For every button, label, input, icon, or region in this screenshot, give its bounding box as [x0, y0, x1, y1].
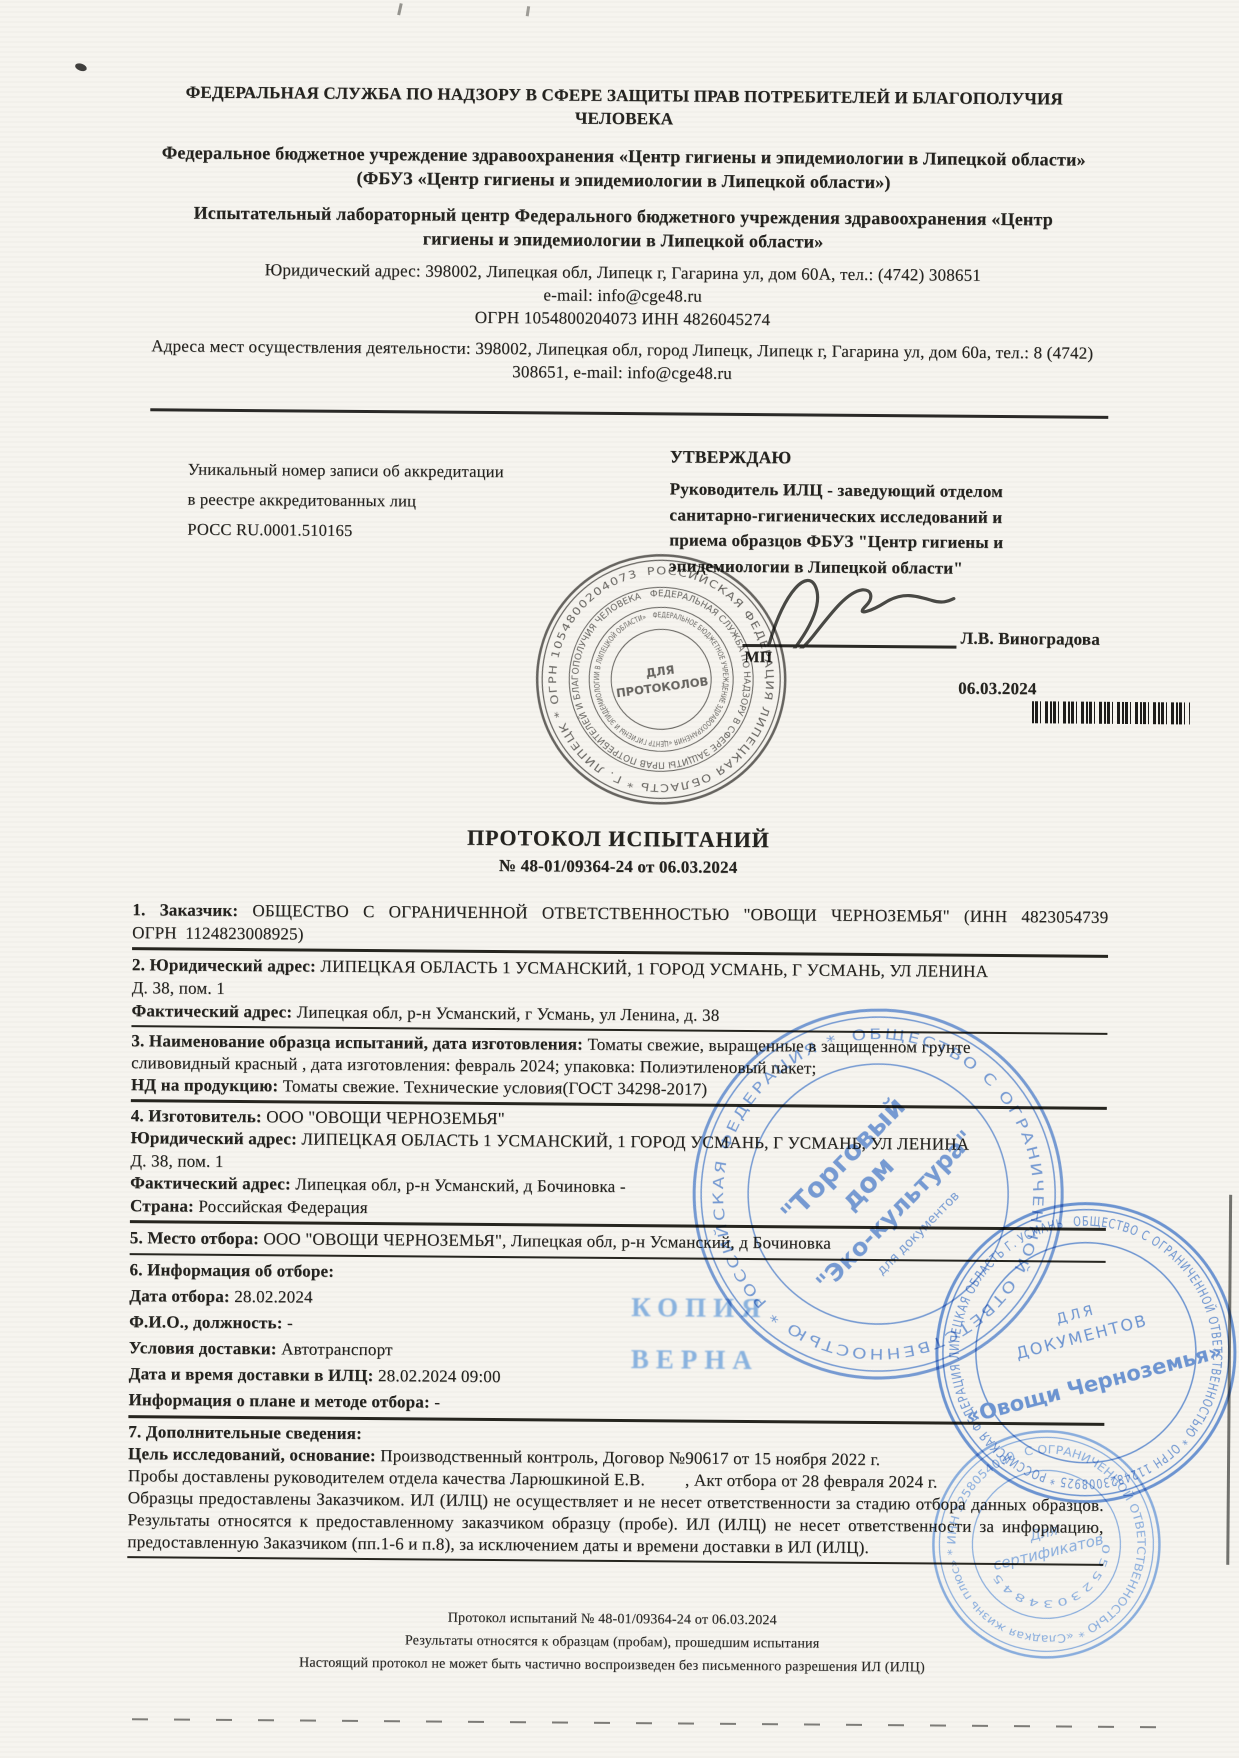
sample-name-line: 3. Наименование образца испытаний, дата … [131, 1030, 1107, 1082]
letterhead: ФЕДЕРАЛЬНАЯ СЛУЖБА ПО НАДЗОРУ В СФЕРЕ ЗА… [3, 79, 1239, 389]
manufacturer-legal-line: Юридический адрес: ЛИПЕЦКАЯ ОБЛАСТЬ 1 УС… [130, 1127, 1106, 1180]
delivery-datetime-value: 28.02.2024 09:00 [378, 1366, 501, 1386]
seal-outer-ring-text: РОССИЙСКАЯ ФЕДЕРАЦИЯ ЛИПЕЦКАЯ ОБЛАСТЬ * … [533, 551, 789, 807]
legal-address-label: 2. Юридический адрес: [132, 955, 316, 975]
scan-mark [397, 3, 403, 15]
scanned-document-page: ФЕДЕРАЛЬНАЯ СЛУЖБА ПО НАДЗОРУ В СФЕРЕ ЗА… [0, 0, 1239, 1758]
seal-inner-ring-text: ФЕДЕРАЛЬНОЕ БЮДЖЕТНОЕ УЧРЕЖДЕНИЕ ЗДРАВОО… [584, 602, 739, 757]
svg-text:ФЕДЕРАЛЬНАЯ СЛУЖБА ПО НАДЗОРУ: ФЕДЕРАЛЬНАЯ СЛУЖБА ПО НАДЗОРУ В СФЕРЕ ЗА… [560, 578, 762, 780]
customer-value: ОБЩЕСТВО С ОГРАНИЧЕННОЙ ОТВЕТСТВЕННОСТЬЮ… [132, 901, 1108, 943]
customer-label: 1. Заказчик: [132, 900, 238, 920]
accreditation-block: Уникальный номер записи об аккредитации … [187, 455, 538, 548]
protocol-title: ПРОТОКОЛ ИСПЫТАНИЙ [0, 821, 1238, 857]
testing-lab-name: Испытательный лабораторный центр Федерал… [173, 200, 1073, 255]
protocol-body: 1. Заказчик: ОБЩЕСТВО С ОГРАНИЧЕННОЙ ОТВ… [127, 898, 1108, 1569]
actual-address-label: Фактический адрес: [131, 1001, 292, 1021]
signature [755, 553, 961, 650]
nd-label: НД на продукцию: [131, 1075, 278, 1095]
goal-label: Цель исследований, основание: [128, 1444, 376, 1465]
federal-service-title: ФЕДЕРАЛЬНАЯ СЛУЖБА ПО НАДЗОРУ В СФЕРЕ ЗА… [154, 80, 1094, 133]
section-customer: 1. Заказчик: ОБЩЕСТВО С ОГРАНИЧЕННОЙ ОТВ… [132, 898, 1108, 952]
fio-label: Ф.И.О., должность: [129, 1312, 283, 1332]
section-sampling-info: 6. Информация об отборе: Дата отбора: 28… [128, 1258, 1105, 1420]
approval-title: УТВЕРЖДАЮ [670, 446, 1042, 470]
delivery-datetime-label: Дата и время доставки в ИЛЦ: [129, 1364, 374, 1385]
seal-center-line2: ПРОТОКОЛОВ [615, 674, 709, 700]
plan-value: - [434, 1393, 440, 1412]
copy-mark-line1: КОПИЯ [631, 1292, 768, 1323]
delivery-value: Автотранспорт [281, 1339, 393, 1359]
section-additional-info: 7. Дополнительные сведения: Цель исследо… [127, 1421, 1104, 1561]
sample-name-label: 3. Наименование образца испытаний, дата … [131, 1031, 583, 1054]
scan-mark [526, 6, 530, 16]
nd-value: Томаты свежие. Технические условия(ГОСТ … [283, 1076, 708, 1098]
sampling-date-value: 28.02.2024 [234, 1287, 313, 1307]
delivery-label: Условия доставки: [129, 1338, 277, 1358]
legal-address-line: 2. Юридический адрес: ЛИПЕЦКАЯ ОБЛАСТЬ 1… [132, 953, 1108, 1007]
manufacturer-value: ООО "ОВОЩИ ЧЕРНОЗЕМЬЯ" [266, 1107, 505, 1128]
section-sample: 3. Наименование образца испытаний, дата … [131, 1030, 1107, 1104]
actual-address-value: Липецкая обл, р-н Усманский, г Усмань, у… [297, 1002, 720, 1024]
approver-name: Л.В. Виноградова [960, 629, 1100, 650]
scan-speck [74, 62, 88, 72]
barcode [1032, 701, 1190, 724]
goal-value: Производственный контроль, Договор №9061… [380, 1446, 880, 1469]
activity-address: Адреса мест осуществления деятельности: … [130, 334, 1115, 388]
section-legal-address: 2. Юридический адрес: ЛИПЕЦКАЯ ОБЛАСТЬ 1… [131, 953, 1108, 1030]
plan-line: Информация о плане и методе отбора: - [128, 1388, 1104, 1420]
manufacturer-legal-label: Юридический адрес: [130, 1128, 297, 1148]
country-value: Российская Федерация [198, 1196, 368, 1216]
accreditation-line1: Уникальный номер записи об аккредитации [188, 455, 538, 488]
copy-mark-line2: ВЕРНА [631, 1344, 768, 1375]
seal-middle-ring-text: ФЕДЕРАЛЬНАЯ СЛУЖБА ПО НАДЗОРУ В СФЕРЕ ЗА… [560, 578, 762, 780]
svg-text:РОССИЙСКАЯ ФЕДЕРАЦИЯ ЛИПЕЦКАЯ: РОССИЙСКАЯ ФЕДЕРАЦИЯ ЛИПЕЦКАЯ ОБЛАСТЬ * … [533, 551, 789, 807]
manufacturer-actual-value: Липецкая обл, р-н Усманский, д Бочиновка… [295, 1174, 626, 1196]
seal-place-label: МП [744, 649, 772, 667]
country-label: Страна: [130, 1196, 194, 1216]
manufacturer-label: 4. Изготовитель: [131, 1106, 262, 1126]
header-divider-line [150, 408, 1108, 419]
disclaimer-paragraph: Образцы предоставлены Заказчиком. ИЛ (ИЛ… [127, 1487, 1103, 1561]
scan-edge-line [1226, 1195, 1231, 1565]
approval-date: 06.03.2024 [958, 679, 1037, 700]
fio-value: - [287, 1313, 293, 1332]
institution-name: Федеральное бюджетное учреждение здравоо… [144, 140, 1104, 196]
copy-verified-mark: КОПИЯ ВЕРНА [631, 1292, 768, 1375]
sampling-place-value: ООО "ОВОЩИ ЧЕРНОЗЕМЬЯ", Липецкая обл, р-… [263, 1229, 831, 1252]
plan-label: Информация о плане и методе отбора: [128, 1390, 430, 1411]
protocol-number: № 48-01/09364-24 от 06.03.2024 [0, 852, 1238, 882]
sampling-date-label: Дата отбора: [129, 1286, 230, 1306]
section-sampling-place: 5. Место отбора: ООО "ОВОЩИ ЧЕРНОЗЕМЬЯ",… [130, 1226, 1106, 1258]
svg-text:ФЕДЕРАЛЬНОЕ БЮДЖЕТНОЕ УЧРЕЖДЕН: ФЕДЕРАЛЬНОЕ БЮДЖЕТНОЕ УЧРЕЖДЕНИЕ ЗДРАВОО… [584, 602, 739, 757]
accreditation-line2: в реестре аккредитованных лиц [187, 485, 537, 518]
page-footer: Протокол испытаний № 48-01/09364-24 от 0… [0, 1603, 1232, 1682]
manufacturer-actual-label: Фактический адрес: [130, 1173, 291, 1193]
accreditation-number: РОСС RU.0001.510165 [187, 515, 537, 548]
document-canvas: ФЕДЕРАЛЬНАЯ СЛУЖБА ПО НАДЗОРУ В СФЕРЕ ЗА… [0, 0, 1239, 1758]
section-manufacturer: 4. Изготовитель: ООО "ОВОЩИ ЧЕРНОЗЕМЬЯ" … [130, 1105, 1107, 1225]
seal-center-line1: ДЛЯ [645, 663, 675, 681]
sampling-place-label: 5. Место отбора: [130, 1228, 259, 1248]
scan-bottom-dashes [132, 1718, 1177, 1728]
